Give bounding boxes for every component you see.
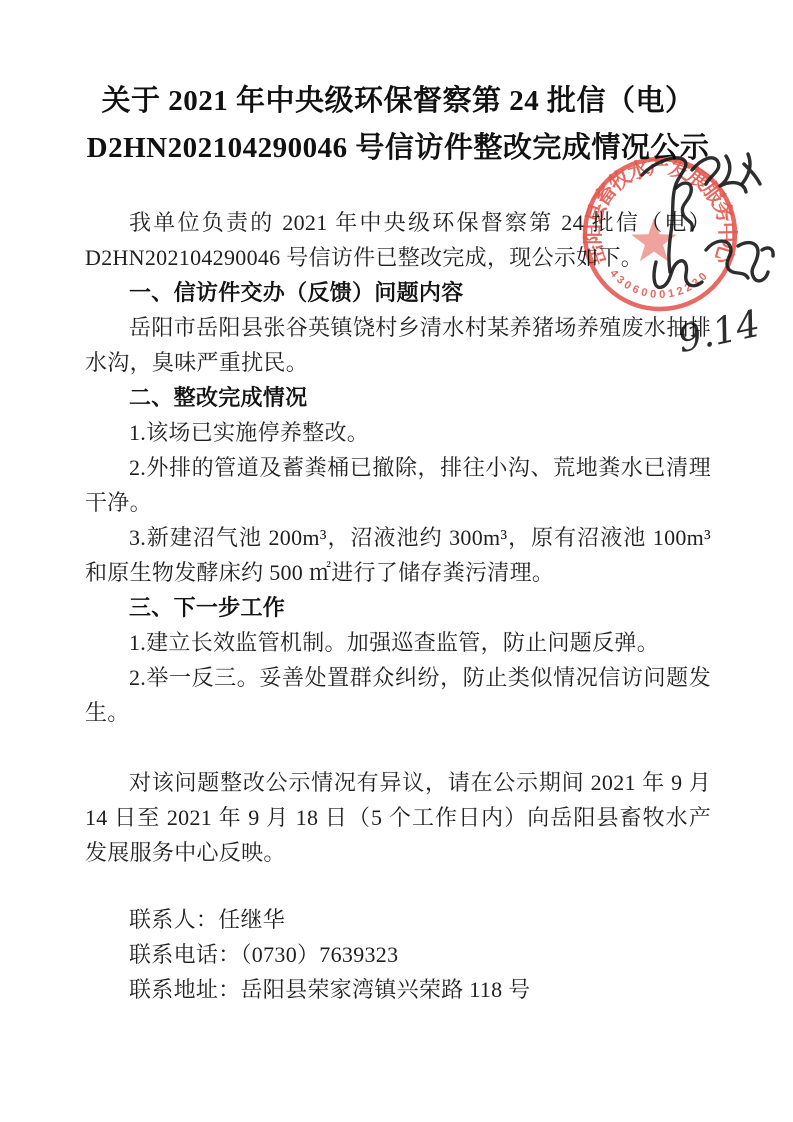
- document-title: 关于 2021 年中央级环保督察第 24 批信（电） D2HN202104290…: [85, 78, 711, 172]
- section-3-item-1: 1.建立长效监管机制。加强巡查监管，防止问题反弹。: [85, 625, 711, 660]
- section-2-item-2: 2.外排的管道及蓄粪桶已撤除，排往小沟、荒地粪水已清理干净。: [85, 450, 711, 520]
- contact-address-line: 联系地址：岳阳县荣家湾镇兴荣路 118 号: [85, 972, 711, 1007]
- section-2-heading: 二、整改完成情况: [85, 380, 711, 415]
- contact-person-line: 联系人：任继华: [85, 902, 711, 937]
- section-1-body: 岳阳市岳阳县张谷英镇饶村乡清水村某养猪场养殖废水抽排水沟，臭味严重扰民。: [85, 310, 711, 380]
- document-body: 我单位负责的 2021 年中央级环保督察第 24 批信（电）D2HN202104…: [85, 205, 711, 1007]
- document-content: 关于 2021 年中央级环保督察第 24 批信（电） D2HN202104290…: [85, 78, 711, 1007]
- document-title-line-1: 关于 2021 年中央级环保督察第 24 批信（电）: [85, 78, 711, 125]
- section-3-heading: 三、下一步工作: [85, 590, 711, 625]
- section-2-item-3: 3.新建沼气池 200m³，沼液池约 300m³，原有沼液池 100m³和原生物…: [85, 520, 711, 590]
- objection-paragraph: 对该问题整改公示情况有异议，请在公示期间 2021 年 9 月 14 日至 20…: [85, 765, 711, 870]
- document-title-line-2: D2HN202104290046 号信访件整改完成情况公示: [85, 125, 711, 172]
- document-page: 关于 2021 年中央级环保督察第 24 批信（电） D2HN202104290…: [0, 0, 793, 1122]
- section-2-item-1: 1.该场已实施停养整改。: [85, 415, 711, 450]
- intro-paragraph: 我单位负责的 2021 年中央级环保督察第 24 批信（电）D2HN202104…: [85, 205, 711, 275]
- section-1-heading: 一、信访件交办（反馈）问题内容: [85, 275, 711, 310]
- section-3-item-2: 2.举一反三。妥善处置群众纠纷，防止类似情况信访问题发生。: [85, 660, 711, 730]
- contact-phone-line: 联系电话：（0730）7639323: [85, 937, 711, 972]
